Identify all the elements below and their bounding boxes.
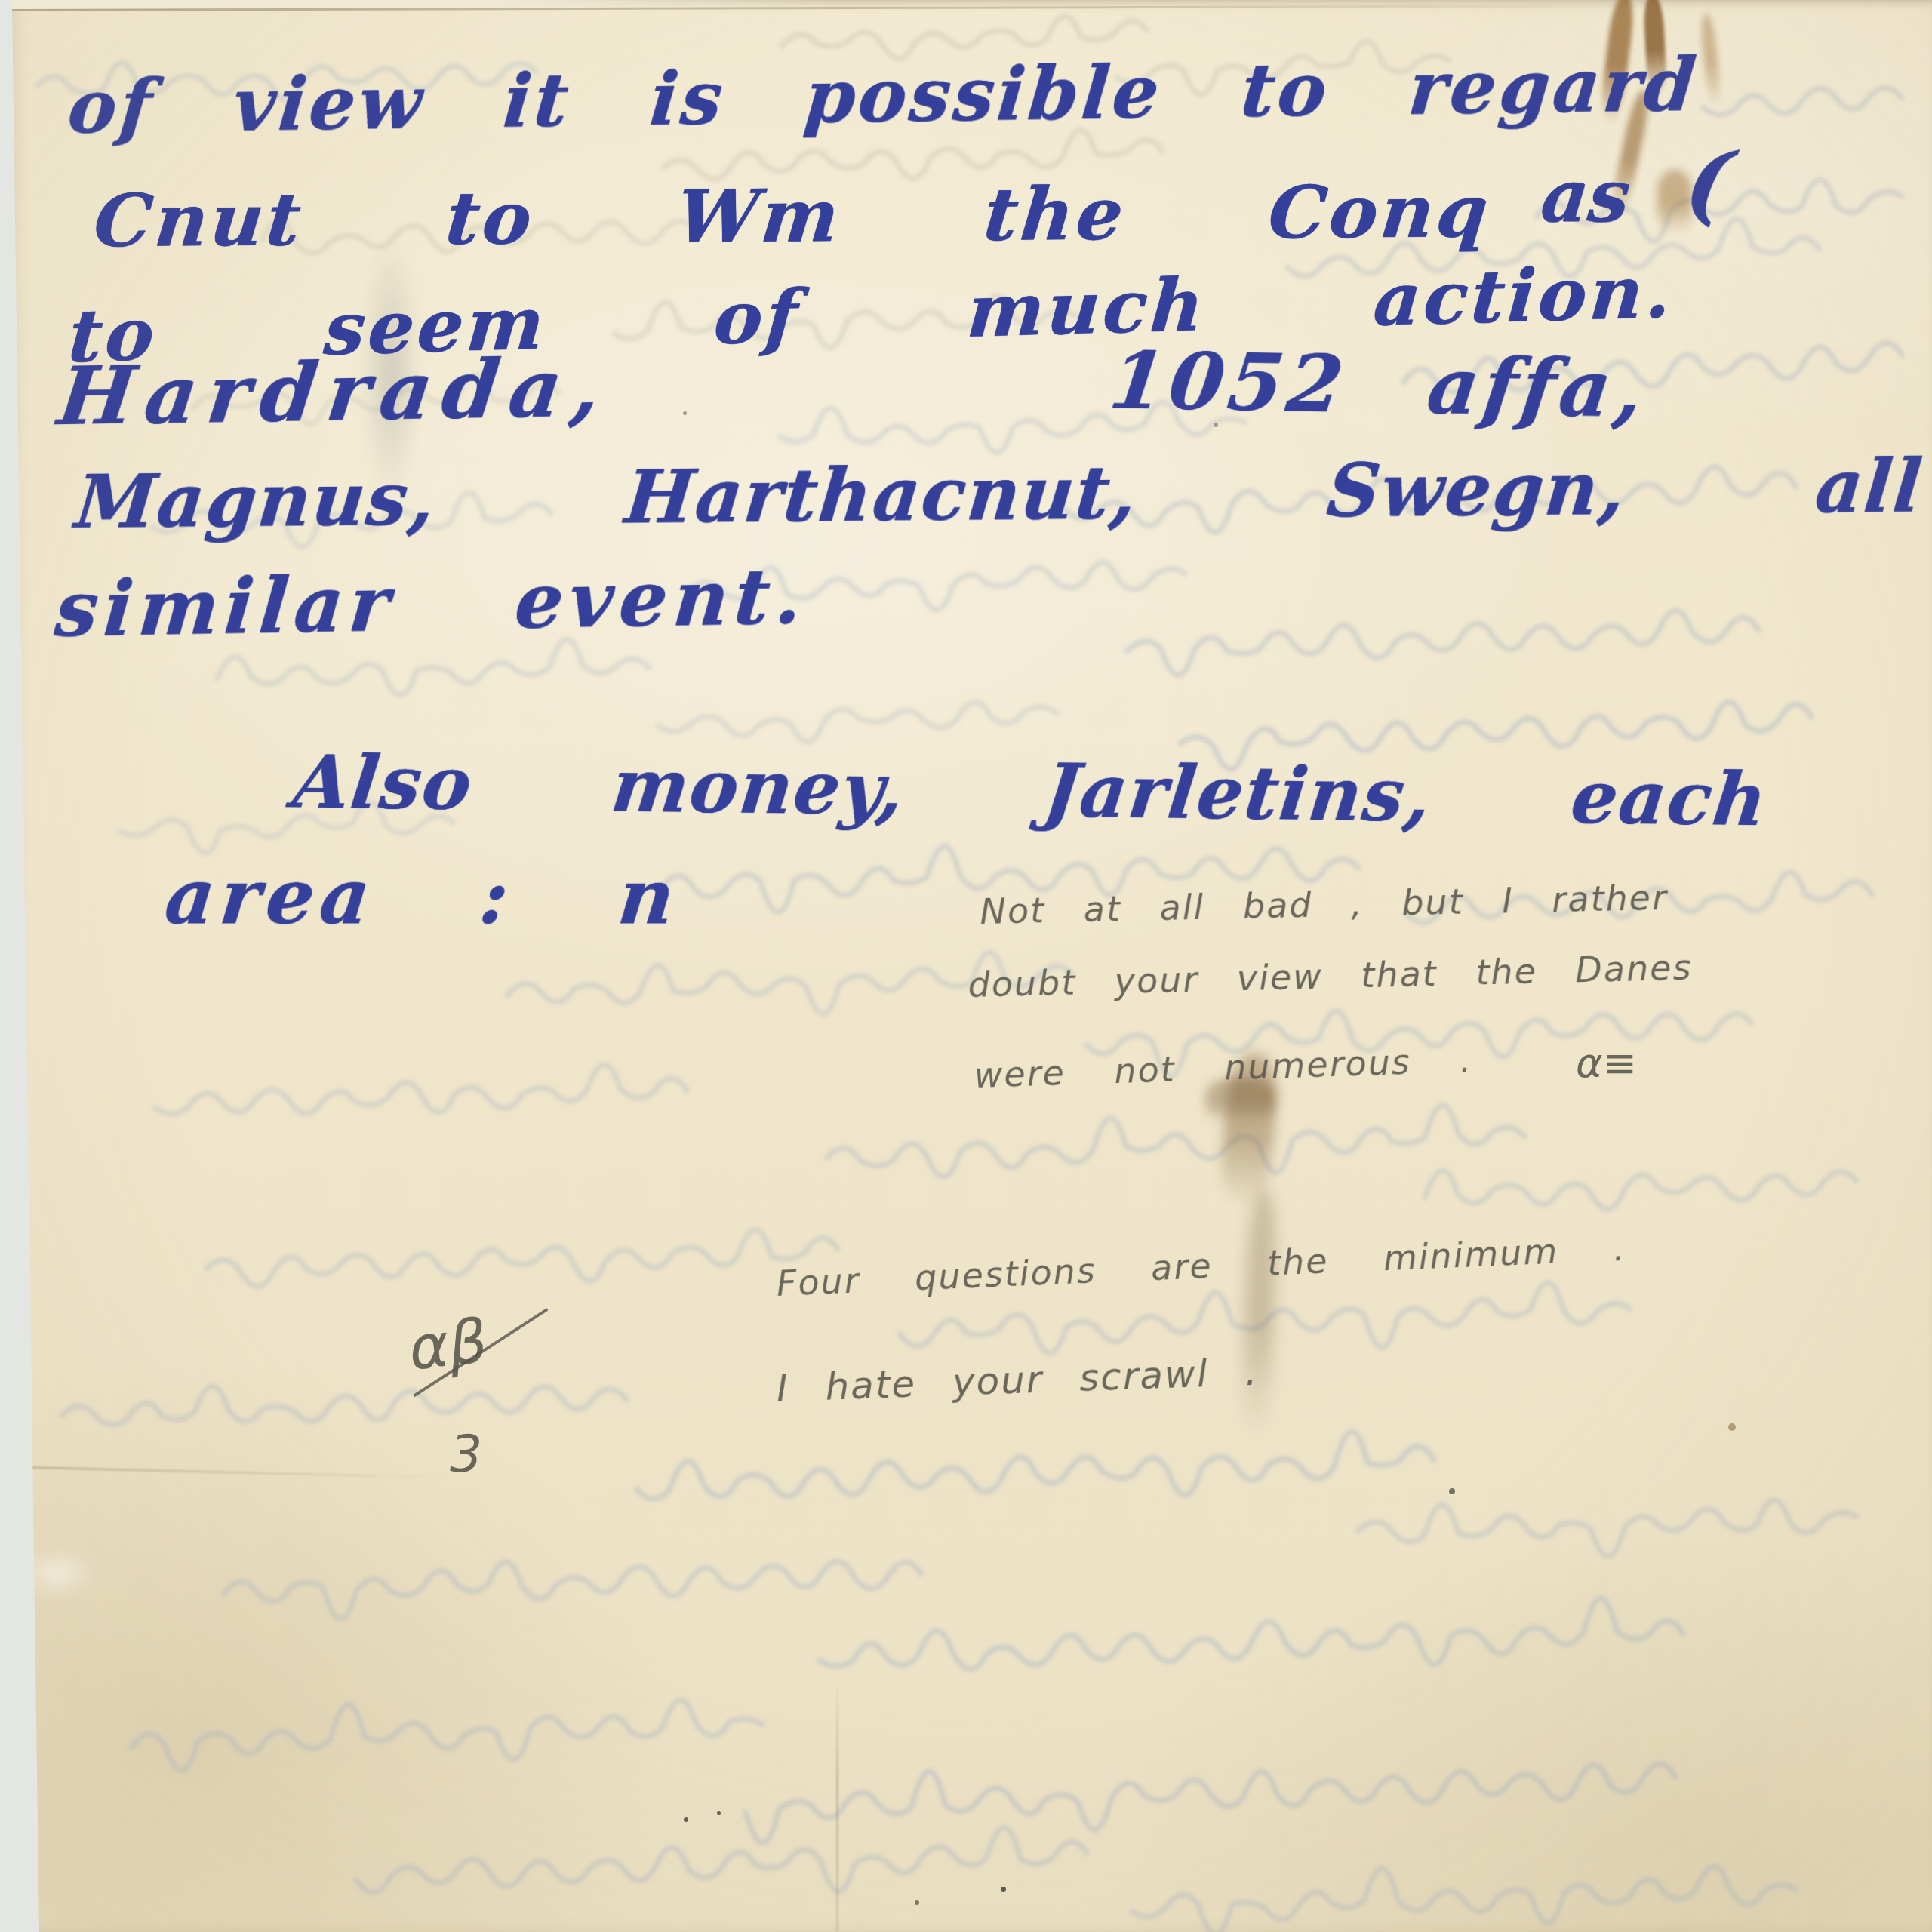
- fold-highlight: [0, 1540, 113, 1607]
- ink-speck: [1449, 1488, 1455, 1494]
- ink-line-4-1052: 1052 affa,: [1106, 341, 1651, 429]
- ink-speck: [915, 1900, 919, 1905]
- ink-line-2: Cnut to Wm the Conq: [91, 175, 1494, 257]
- ink-speck: [717, 1811, 721, 1815]
- ink-line-1: of view it is possible to regard: [65, 49, 1701, 144]
- ink-speck: [683, 411, 687, 415]
- pencil-alpha-mark: α≡: [1576, 1043, 1637, 1084]
- ink-line-5: Magnus, Harthacnut, Swegn, all: [72, 451, 1926, 539]
- ink-speck: [1001, 1887, 1006, 1892]
- manuscript-page: of view it is possible to regard Cnut to…: [0, 0, 1932, 1932]
- grade-numerator: αβ: [406, 1311, 491, 1379]
- crease-bottom-center: [836, 1679, 838, 1932]
- ink-line-4-hardrada: Hardrada,: [54, 346, 616, 436]
- ink-line-7: Also money, Jarletins, each: [290, 746, 1772, 836]
- ink-speck: [684, 1817, 688, 1822]
- ink-line-8: area : n: [162, 859, 684, 934]
- ink-line-6: similar event.: [52, 559, 811, 648]
- photo-backdrop: of view it is possible to regard Cnut to…: [0, 0, 1932, 1932]
- ink-speck: [1728, 1423, 1736, 1431]
- grade-denominator: 3: [450, 1429, 484, 1481]
- ink-line-2-as: as: [1538, 160, 1633, 232]
